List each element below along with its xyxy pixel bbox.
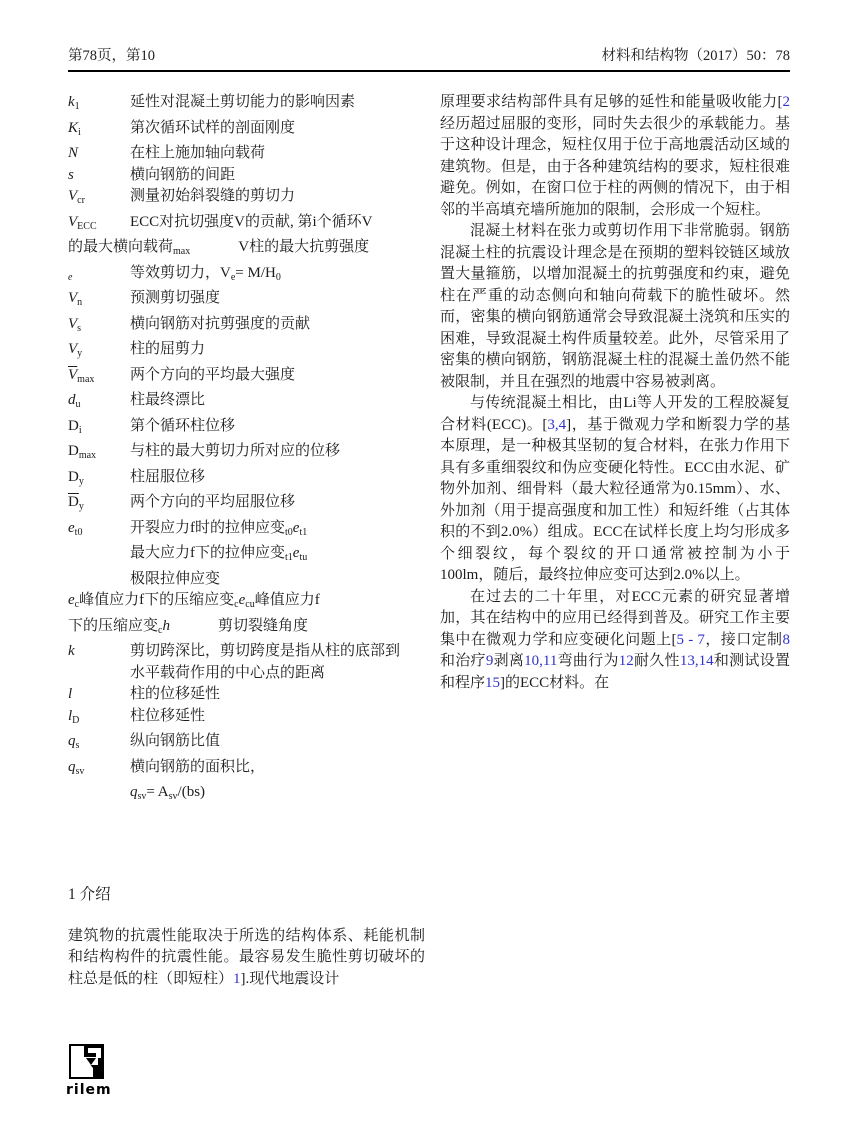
text-segment: 混凝土材料在张力或剪切作用下非常脆弱。钢筋混凝土柱的抗震设计理念是在预期的塑料铰… <box>440 223 790 390</box>
text-segment: n <box>77 297 82 308</box>
reference-link[interactable]: 3,4 <box>547 417 566 433</box>
symbol-description: 柱屈服位移 <box>130 467 425 493</box>
text-segment: V <box>68 290 77 306</box>
paper-page: 第78页，第10 材料和结构物（2017）50：78 k1延性对混凝土剪切能力的… <box>0 0 851 1147</box>
text-segment: sv <box>76 766 85 777</box>
text-segment: N <box>68 145 78 161</box>
journal-citation: 材料和结构物（2017）50：78 <box>602 48 791 65</box>
text-segment: u <box>76 399 81 410</box>
reference-link[interactable]: 2 <box>783 94 791 110</box>
text-segment: 经历超过屈服的变形，同时失去很少的承载能力。基于这种设计理念，短柱仅用于位于高地… <box>440 116 790 218</box>
symbol-description: 第个循环柱位移 <box>130 416 425 442</box>
symbol: Dy <box>68 467 130 493</box>
nomenclature-row: Vy柱的屈剪力 <box>68 339 425 365</box>
text-segment: 第个循环柱位移 <box>130 418 235 434</box>
text-segment: 纵向钢筋比值 <box>130 733 220 749</box>
nomenclature-row: 水平载荷作用的中心点的距离 <box>68 663 425 685</box>
paragraph: 混凝土材料在张力或剪切作用下非常脆弱。钢筋混凝土柱的抗震设计理念是在预期的塑料铰… <box>440 221 790 393</box>
text-segment: = M/H <box>235 265 276 281</box>
symbol: Vcr <box>68 186 130 212</box>
text-segment: 在柱上施加轴向载荷 <box>130 145 265 161</box>
text-segment: 柱位移延性 <box>130 708 205 724</box>
symbol: Dmax <box>68 441 130 467</box>
text-segment: 两个方向的平均屈服位移 <box>130 494 295 510</box>
nomenclature-row: Dmax与柱的最大剪切力所对应的位移 <box>68 441 425 467</box>
text-segment: D <box>72 715 79 726</box>
text-segment: y <box>77 348 82 359</box>
text-segment: 的最大横向载荷 <box>68 239 173 255</box>
text-segment: ]的ECC材料。在 <box>500 675 609 691</box>
symbol-description: 第次循环试样的剖面刚度 <box>130 118 425 144</box>
text-segment: V <box>68 367 77 383</box>
text-segment: ，接口定制 <box>705 632 783 648</box>
nomenclature-row: Vn预测剪切强度 <box>68 288 425 314</box>
text-segment: q <box>130 784 138 800</box>
reference-link[interactable]: 8 <box>783 632 791 648</box>
symbol-description: 两个方向的平均最大强度 <box>130 365 425 391</box>
symbol-description: 预测剪切强度 <box>130 288 425 314</box>
nomenclature-row: l柱的位移延性 <box>68 684 425 706</box>
header-rule <box>68 70 790 72</box>
symbol-description: ECC对抗切强度V的贡献, 第i个循环V <box>130 212 425 238</box>
reference-link[interactable]: 10,11 <box>524 653 557 669</box>
nomenclature-row: 最大应力f下的拉伸应变t1etu <box>68 543 425 569</box>
nomenclature-row: ec峰值应力f下的压缩应变cecu峰值应力f <box>68 590 425 616</box>
reference-link[interactable]: 13,14 <box>680 653 714 669</box>
text-segment: 横向钢筋的面积比， <box>130 759 265 775</box>
text-segment: 柱最终漂比 <box>130 392 205 408</box>
nomenclature-row: VECCECC对抗切强度V的贡献, 第i个循环V <box>68 212 425 238</box>
text-segment: ECC <box>77 221 96 232</box>
text-segment: ].现代地震设计 <box>241 971 340 987</box>
text-segment: 剥离 <box>493 653 524 669</box>
reference-link[interactable]: 15 <box>485 675 500 691</box>
symbol-description: 两个方向的平均屈服位移 <box>130 492 425 518</box>
text-segment: V柱的最大抗剪强度 <box>238 239 369 255</box>
text-segment: V <box>68 316 77 332</box>
text-segment: K <box>68 120 78 136</box>
rilem-wordmark: rilem <box>66 1083 112 1097</box>
nomenclature-row: Ki第次循环试样的剖面刚度 <box>68 118 425 144</box>
symbol: Vn <box>68 288 130 314</box>
symbol: Di <box>68 416 130 442</box>
symbol: Ki <box>68 118 130 144</box>
symbol-description: 横向钢筋的间距 <box>130 165 425 187</box>
text-segment: d <box>68 392 76 408</box>
text-segment: V <box>68 214 77 230</box>
symbol: s <box>68 165 130 187</box>
section-heading: 1 介绍 <box>68 884 425 906</box>
symbol: N <box>68 143 130 165</box>
text-segment: = A <box>146 784 168 800</box>
symbol: VECC <box>68 212 130 238</box>
text-segment: 耐久性 <box>634 653 680 669</box>
text-segment: 极限拉伸应变 <box>130 571 220 587</box>
text-segment: i <box>79 425 82 436</box>
rilem-logo-icon <box>66 1044 106 1080</box>
text-segment: t1 <box>285 552 293 563</box>
text-segment: 第次循环试样的剖面刚度 <box>130 120 295 136</box>
symbol <box>68 782 130 808</box>
symbol-description: 横向钢筋对抗剪强度的贡献 <box>130 314 425 340</box>
text-segment: l <box>68 686 72 702</box>
text-segment: sv <box>169 791 178 802</box>
text-segment: s <box>76 740 80 751</box>
text-segment: 延性对混凝土剪切能力的影响因素 <box>130 94 355 110</box>
text-segment: t0 <box>285 527 293 538</box>
text-segment: 下的压缩应变 <box>68 618 158 634</box>
nomenclature-row: du柱最终漂比 <box>68 390 425 416</box>
nomenclature-row: Di第个循环柱位移 <box>68 416 425 442</box>
body-paragraphs: 原理要求结构部件具有足够的延性和能量吸收能力[2经历超过屈服的变形，同时失去很少… <box>440 92 790 694</box>
nomenclature-row: Dy柱屈服位移 <box>68 467 425 493</box>
symbol-description: qsv= Asv/(bs) <box>130 782 425 808</box>
symbol-description: 纵向钢筋比值 <box>130 731 425 757</box>
text-segment: t1 <box>299 527 307 538</box>
text-segment: /(bs) <box>178 784 206 800</box>
text-segment: 1 <box>75 101 80 112</box>
text-segment: max <box>173 246 190 257</box>
page-number: 第78页，第10 <box>68 48 155 65</box>
text-segment: max <box>77 374 94 385</box>
reference-link[interactable]: 5 - 7 <box>677 632 705 648</box>
symbol: k1 <box>68 92 130 118</box>
paragraph: 在过去的二十年里，对ECC元素的研究显著增加，其在结构中的应用已经得到普及。研究… <box>440 587 790 695</box>
text-segment: h <box>162 618 170 634</box>
text-segment: k <box>68 643 75 659</box>
symbol-description: 与柱的最大剪切力所对应的位移 <box>130 441 425 467</box>
text-segment: s <box>77 323 81 334</box>
symbol-description: 最大应力f下的拉伸应变t1etu <box>130 543 425 569</box>
symbol-description: 剪切跨深比，剪切跨度是指从柱的底部到 <box>130 641 425 663</box>
text-segment: D <box>68 469 79 485</box>
text-segment: q <box>68 759 76 775</box>
text-segment: i <box>78 127 81 138</box>
symbol: qsv <box>68 757 130 783</box>
nomenclature-row: Vmax两个方向的平均最大强度 <box>68 365 425 391</box>
text-segment: 预测剪切强度 <box>130 290 220 306</box>
symbol-description: 柱的位移延性 <box>130 684 425 706</box>
symbol-description: 极限拉伸应变 <box>130 569 425 591</box>
text-segment: ]，基于微观力学和断裂力学的基本原理，是一种极其坚韧的复合材料，在张力作用下具有… <box>440 417 790 584</box>
text-segment: 剪切裂缝角度 <box>218 618 308 634</box>
nomenclature-row: k剪切跨深比，剪切跨度是指从柱的底部到 <box>68 641 425 663</box>
symbol-description: 测量初始斜裂缝的剪切力 <box>130 186 425 212</box>
paragraph: 与传统混凝土相比，由Li等人开发的工程胶凝复合材料(ECC)。[3,4]，基于微… <box>440 393 790 587</box>
nomenclature-row: et0开裂应力f时的拉伸应变t0et1 <box>68 518 425 544</box>
text-segment: s <box>68 167 74 183</box>
text-segment: 和治疗 <box>440 653 486 669</box>
text-segment: 柱的屈剪力 <box>130 341 205 357</box>
nomenclature-row: 的最大横向载荷maxV柱的最大抗剪强度 <box>68 237 425 263</box>
symbol: lD <box>68 706 130 732</box>
text-segment: 最大应力f下的拉伸应变 <box>130 545 285 561</box>
symbol-description: 柱最终漂比 <box>130 390 425 416</box>
text-segment: 峰值应力f下的压缩应变 <box>79 592 234 608</box>
text-segment: 水平载荷作用的中心点的距离 <box>130 665 325 681</box>
nomenclature-row: N在柱上施加轴向载荷 <box>68 143 425 165</box>
symbol-description: 柱的屈剪力 <box>130 339 425 365</box>
text-segment: e <box>68 520 75 536</box>
text-segment: 剪切跨深比，剪切跨度是指从柱的底部到 <box>130 643 400 659</box>
symbol-description: 柱位移延性 <box>130 706 425 732</box>
nomenclature-row: Dy两个方向的平均屈服位移 <box>68 492 425 518</box>
paragraph: 原理要求结构部件具有足够的延性和能量吸收能力[2经历超过屈服的变形，同时失去很少… <box>440 92 790 221</box>
nomenclature-row: Vcr测量初始斜裂缝的剪切力 <box>68 186 425 212</box>
text-segment: y <box>79 501 84 512</box>
text-segment: D <box>68 443 79 459</box>
symbol <box>68 663 130 685</box>
intro-paragraph: 建筑物的抗震性能取决于所选的结构体系、耗能机制和结构构件的抗震性能。最容易发生脆… <box>68 926 425 991</box>
text-segment: tu <box>299 552 307 563</box>
symbol: et0 <box>68 518 130 544</box>
text-segment: D <box>68 494 79 510</box>
text-segment: 0 <box>276 272 281 283</box>
text-segment: 与柱的最大剪切力所对应的位移 <box>130 443 340 459</box>
symbol: Dy <box>68 492 130 518</box>
text-segment: e <box>68 592 75 608</box>
text-segment: 两个方向的平均最大强度 <box>130 367 295 383</box>
text-segment: ECC对抗切强度V的贡献, 第i个循环V <box>130 214 373 230</box>
symbol-description: 等效剪切力，Ve= M/H0 <box>130 263 425 289</box>
text-segment: 原理要求结构部件具有足够的延性和能量吸收能力[ <box>440 94 783 110</box>
text-segment: cr <box>77 195 85 206</box>
text-segment: e <box>68 272 72 283</box>
right-column: 原理要求结构部件具有足够的延性和能量吸收能力[2经历超过屈服的变形，同时失去很少… <box>440 92 790 694</box>
text-segment: k <box>68 94 75 110</box>
symbol-description: 水平载荷作用的中心点的距离 <box>130 663 425 685</box>
text-segment: 横向钢筋对抗剪强度的贡献 <box>130 316 310 332</box>
text-segment: 柱屈服位移 <box>130 469 205 485</box>
reference-link[interactable]: 1 <box>233 971 241 987</box>
text-segment: 峰值应力f <box>255 592 320 608</box>
symbol-description: 开裂应力f时的拉伸应变t0et1 <box>130 518 425 544</box>
nomenclature-row: qsv= Asv/(bs) <box>68 782 425 808</box>
text-segment: D <box>68 418 79 434</box>
text-segment: 柱的位移延性 <box>130 686 220 702</box>
text-segment: q <box>68 733 76 749</box>
nomenclature-row: qs纵向钢筋比值 <box>68 731 425 757</box>
nomenclature-list: k1延性对混凝土剪切能力的影响因素Ki第次循环试样的剖面刚度N在柱上施加轴向载荷… <box>68 92 425 808</box>
text-segment: 开裂应力f时的拉伸应变 <box>130 520 285 536</box>
symbol: du <box>68 390 130 416</box>
text-segment: 测量初始斜裂缝的剪切力 <box>130 188 295 204</box>
symbol <box>68 543 130 569</box>
nomenclature-row: k1延性对混凝土剪切能力的影响因素 <box>68 92 425 118</box>
nomenclature-row: 下的压缩应变ch剪切裂缝角度 <box>68 616 425 642</box>
symbol-description: 延性对混凝土剪切能力的影响因素 <box>130 92 425 118</box>
symbol: l <box>68 684 130 706</box>
text-segment: max <box>79 450 96 461</box>
text-segment: 等效剪切力，V <box>130 265 231 281</box>
nomenclature-row: e等效剪切力，Ve= M/H0 <box>68 263 425 289</box>
text-segment: V <box>68 188 77 204</box>
symbol: Vy <box>68 339 130 365</box>
reference-link[interactable]: 12 <box>619 653 634 669</box>
nomenclature-row: 极限拉伸应变 <box>68 569 425 591</box>
text-segment: 弯曲行为 <box>557 653 618 669</box>
symbol: k <box>68 641 130 663</box>
text-segment: t0 <box>75 527 83 538</box>
nomenclature-row: Vs横向钢筋对抗剪强度的贡献 <box>68 314 425 340</box>
symbol: e <box>68 263 130 289</box>
nomenclature-row: qsv横向钢筋的面积比， <box>68 757 425 783</box>
text-segment: y <box>79 476 84 487</box>
symbol: Vmax <box>68 365 130 391</box>
text-segment: V <box>68 341 77 357</box>
symbol: Vs <box>68 314 130 340</box>
nomenclature-row: s横向钢筋的间距 <box>68 165 425 187</box>
rilem-logo: rilem <box>66 1044 112 1097</box>
symbol-description: 在柱上施加轴向载荷 <box>130 143 425 165</box>
symbol: qs <box>68 731 130 757</box>
page-header: 第78页，第10 材料和结构物（2017）50：78 <box>68 48 790 65</box>
symbol <box>68 569 130 591</box>
symbol-description: 横向钢筋的面积比， <box>130 757 425 783</box>
text-segment: 横向钢筋的间距 <box>130 167 235 183</box>
left-column: k1延性对混凝土剪切能力的影响因素Ki第次循环试样的剖面刚度N在柱上施加轴向载荷… <box>68 92 425 990</box>
text-segment: cu <box>245 599 254 610</box>
nomenclature-row: lD柱位移延性 <box>68 706 425 732</box>
